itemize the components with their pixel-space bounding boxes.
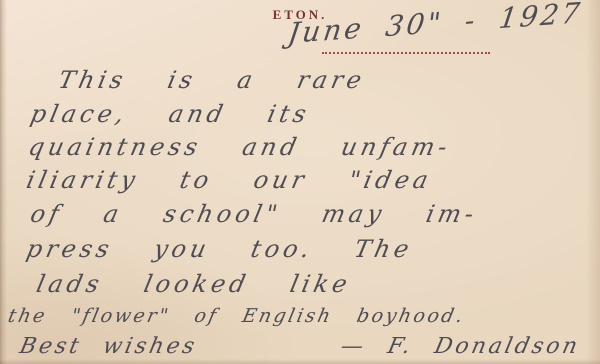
handwritten-line-3: quaintness and unfam-: [26, 133, 454, 161]
handwritten-closing: Best wishes: [17, 334, 199, 359]
handwritten-signature: — F. Donaldson: [339, 334, 583, 359]
handwritten-line-4: iliarity to our "idea: [24, 166, 435, 194]
handwritten-line-8: the "flower" of English boyhood.: [6, 305, 467, 327]
handwritten-line-5: of a school" may im-: [28, 200, 480, 228]
handwritten-line-1: This is a rare: [56, 66, 368, 94]
handwritten-line-7: lads looked like: [34, 270, 354, 298]
handwritten-line-2: place, and its: [28, 100, 313, 128]
letter-card: ETON. June 30" - 1927 This is a rare pla…: [0, 0, 600, 364]
signature-row: Best wishes — F. Donaldson: [20, 334, 580, 359]
handwritten-line-6: press you too. The: [24, 235, 415, 263]
